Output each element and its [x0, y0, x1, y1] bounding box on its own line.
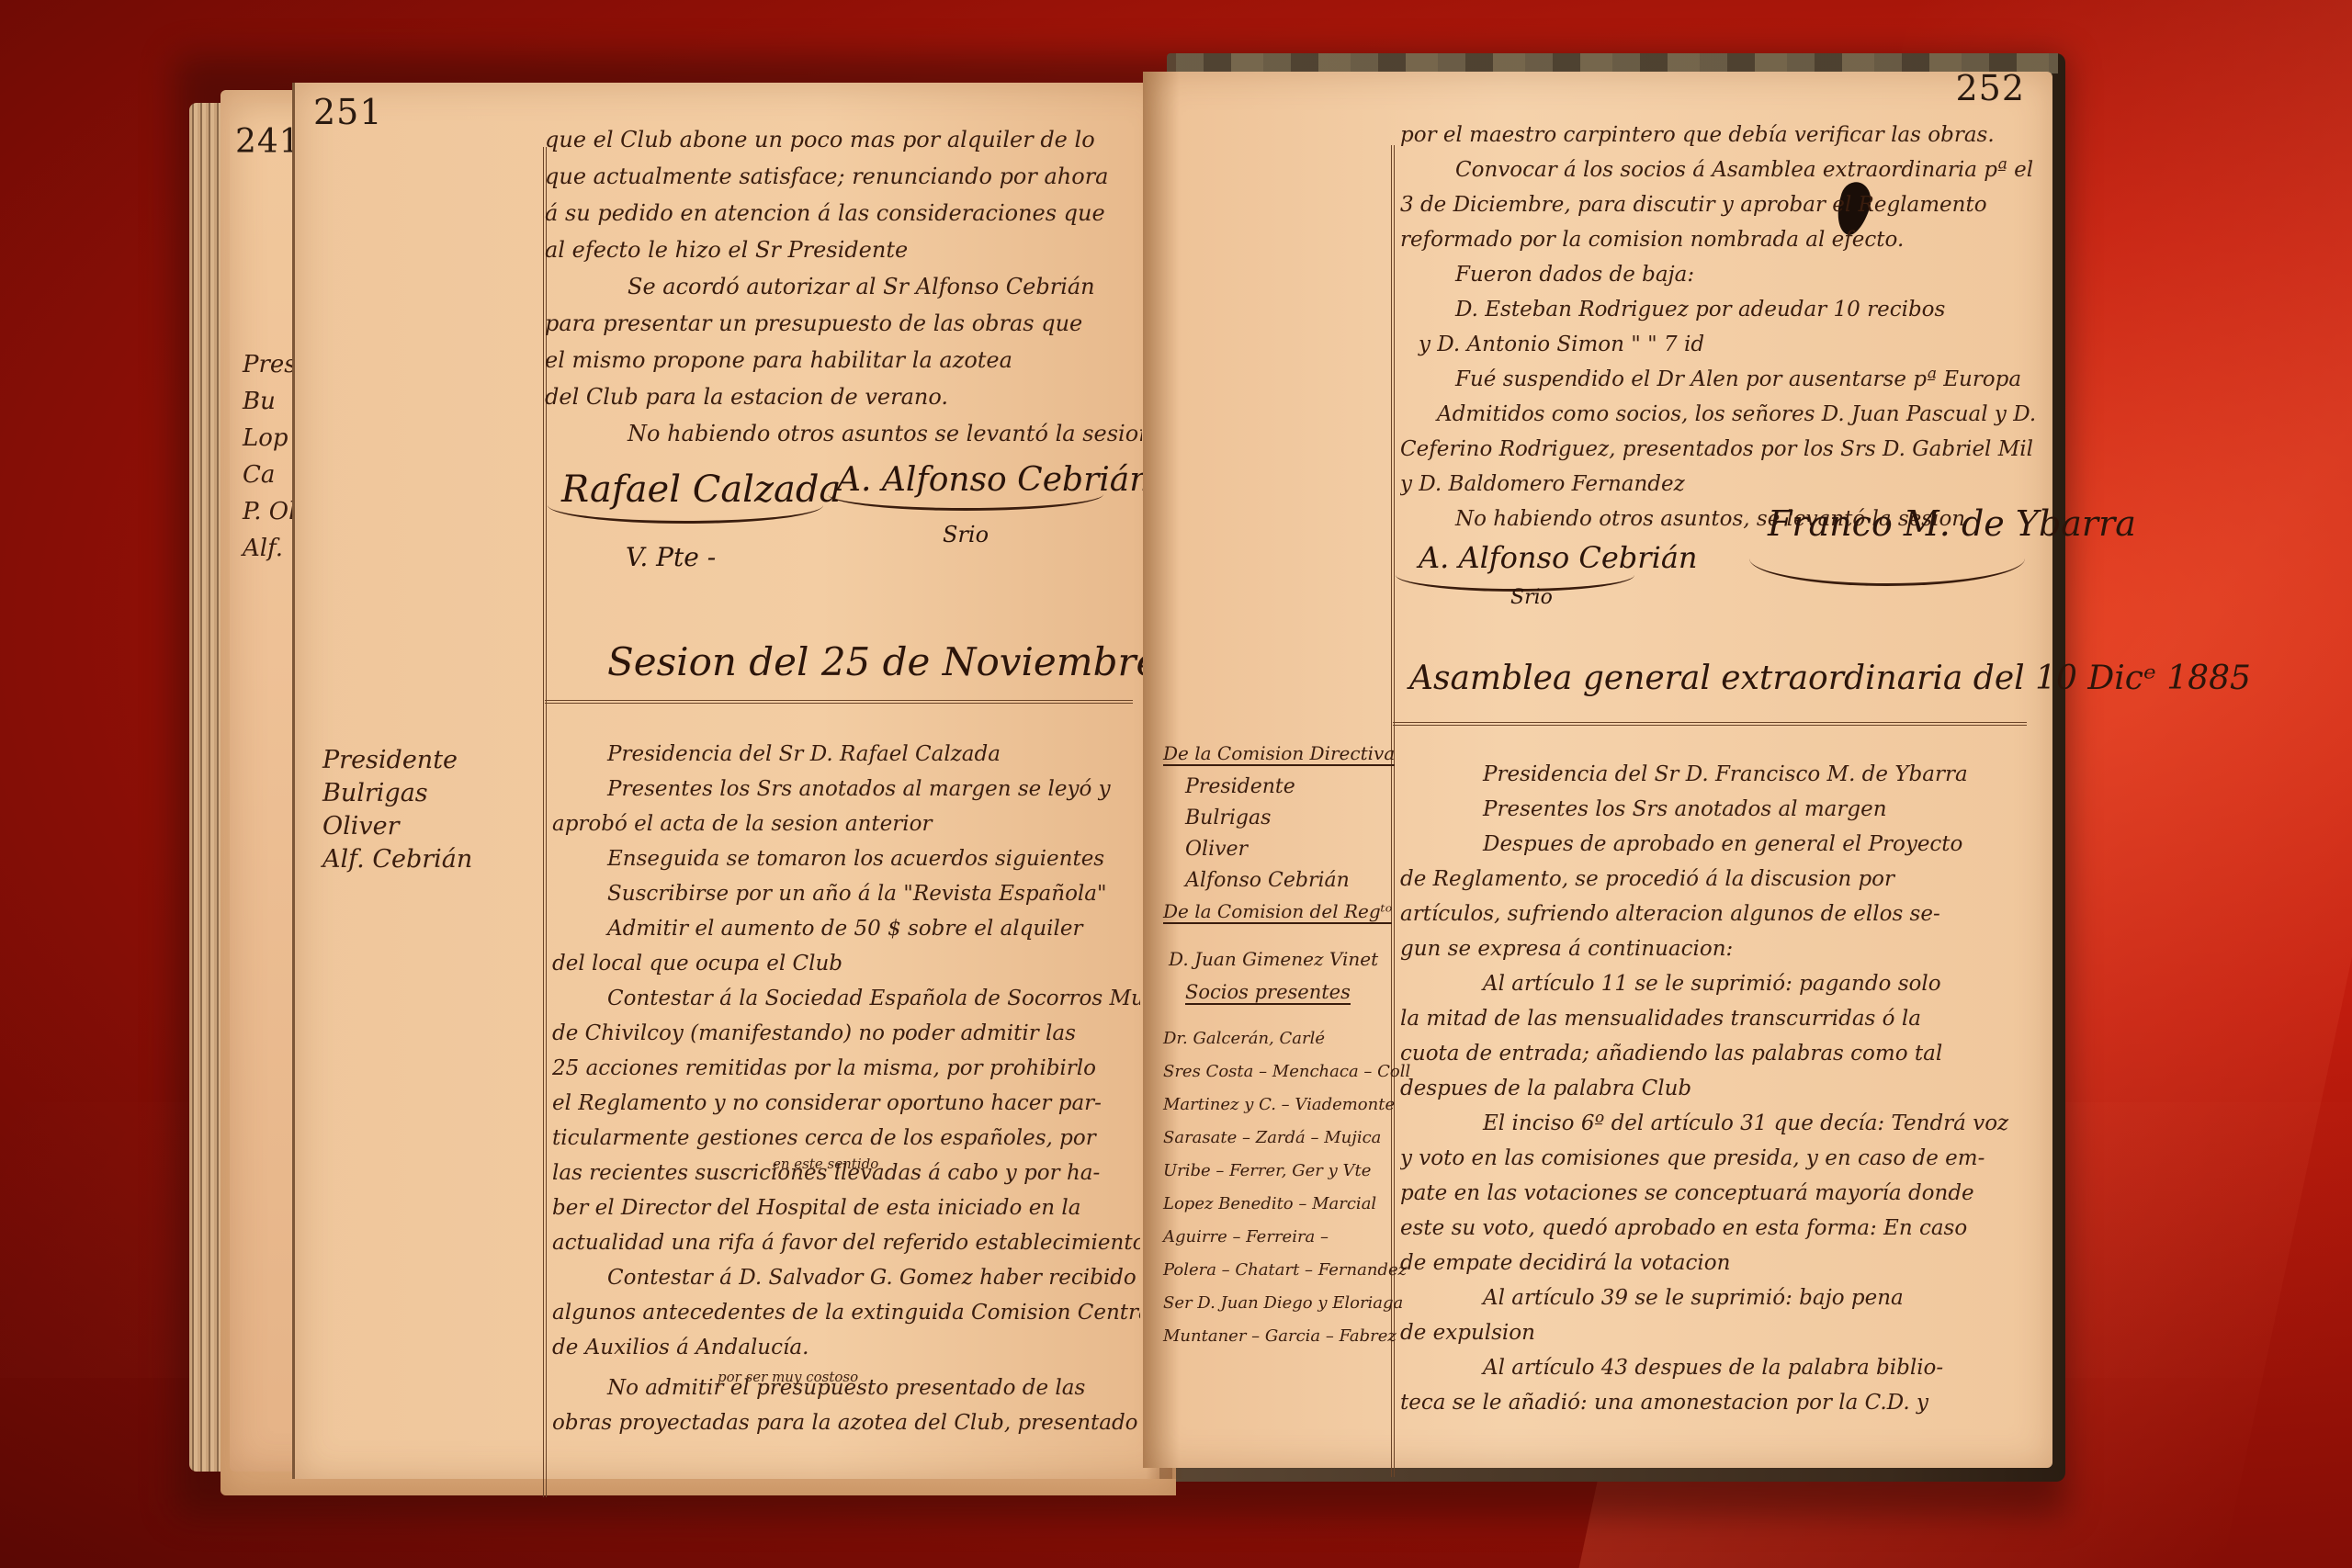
- text-line: Despues de aprobado en general el Proyec…: [1400, 832, 2034, 867]
- text-line: la mitad de las mensualidades transcurri…: [1400, 1007, 2034, 1042]
- text-line: Fué suspendido el Dr Alen por ausentarse…: [1400, 367, 2034, 402]
- text-line: reformado por la comision nombrada al ef…: [1400, 228, 2034, 263]
- text-line: que el Club abone un poco mas por alquil…: [545, 127, 1142, 164]
- page-number-241: 241: [235, 123, 301, 161]
- text-line: por el maestro carpintero que debía veri…: [1400, 123, 2034, 158]
- text-line: Admitir el aumento de 50 $ sobre el alqu…: [552, 917, 1140, 952]
- attendee-name: Bulrigas: [322, 779, 472, 812]
- signature-role: Srio: [943, 522, 989, 547]
- text-line: y D. Baldomero Fernandez: [1400, 472, 2034, 507]
- attendee-name: Dr. Galcerán, Carlé: [1163, 1029, 1388, 1062]
- attendee-name: Alf. Cebrián: [322, 845, 472, 878]
- text-line: No habiendo otros asuntos se levantó la …: [545, 421, 1142, 457]
- text-line: al efecto le hizo el Sr Presidente: [545, 237, 1142, 274]
- socios-heading: Socios presentes: [1185, 981, 1351, 1005]
- text-line: del local que ocupa el Club: [552, 952, 1140, 987]
- text-line: D. Esteban Rodriguez por adeudar 10 reci…: [1400, 298, 2034, 333]
- text-line: que actualmente satisface; renunciando p…: [545, 164, 1142, 200]
- reglamento-heading: De la Comision del Regᵗᵒ: [1163, 900, 1392, 924]
- text-line: para presentar un presupuesto de las obr…: [545, 310, 1142, 347]
- text-line: Ceferino Rodriguez, presentados por los …: [1400, 437, 2034, 472]
- text-line: Contestar á D. Salvador G. Gomez haber r…: [552, 1266, 1140, 1301]
- attendee-name: Presidente: [1163, 775, 1388, 807]
- attendee-name: Lopez Benedito – Marcial: [1163, 1194, 1388, 1227]
- attendee-name: Uribe – Ferrer, Ger y Vte: [1163, 1161, 1388, 1194]
- page-252: 252 por el maestro carpintero que debía …: [1143, 72, 2052, 1468]
- interlinear-note: por ser muy costoso: [718, 1371, 858, 1384]
- text-line: Al artículo 43 despues de la palabra bib…: [1400, 1356, 2034, 1391]
- text-line: Al artículo 39 se le suprimió: bajo pena: [1400, 1286, 2034, 1321]
- left-session-body: Presidencia del Sr D. Rafael Calzada Pre…: [552, 742, 1140, 1446]
- book-spine-edge: [1176, 53, 2058, 73]
- text-line: Al artículo 11 se le suprimió: pagando s…: [1400, 972, 2034, 1007]
- text-line: pate en las votaciones se conceptuará ma…: [1400, 1181, 2034, 1216]
- text-line: Convocar á los socios á Asamblea extraor…: [1400, 158, 2034, 193]
- attendee-name: Sres Costa – Menchaca – Coll: [1163, 1062, 1388, 1095]
- text-line: de empate decidirá la votacion: [1400, 1251, 2034, 1286]
- text-line: Suscribirse por un año á la "Revista Esp…: [552, 882, 1140, 917]
- text-line: de Reglamento, se procedió á la discusio…: [1400, 867, 2034, 902]
- text-line: teca se le añadió: una amonestacion por …: [1400, 1391, 2034, 1426]
- text-line: 3 de Diciembre, para discutir y aprobar …: [1400, 193, 2034, 228]
- attendee-margin-list: De la Comision Directiva Presidente Bulr…: [1163, 742, 1388, 1359]
- section-rule: [545, 700, 1133, 704]
- text-line: obras proyectadas para la azotea del Clu…: [552, 1411, 1140, 1446]
- text-line: cuota de entrada; añadiendo las palabras…: [1400, 1042, 2034, 1077]
- signature-flourish: [548, 487, 823, 524]
- text-line: Enseguida se tomaron los acuerdos siguie…: [552, 847, 1140, 882]
- attendee-name: Presidente: [322, 746, 472, 779]
- page-251: 251 que el Club abone un poco mas por al…: [292, 83, 1172, 1479]
- text-line: aprobó el acta de la sesion anterior: [552, 812, 1140, 847]
- left-continuation-text: que el Club abone un poco mas por alquil…: [545, 127, 1142, 457]
- text-line: algunos antecedentes de la extinguida Co…: [552, 1301, 1140, 1336]
- signature-flourish: [828, 478, 1103, 511]
- text-line: el Reglamento y no considerar oportuno h…: [552, 1091, 1140, 1126]
- text-line: Fueron dados de baja:: [1400, 263, 2034, 298]
- attendee-name: Martinez y C. – Viademonte: [1163, 1095, 1388, 1128]
- page-number-252: 252: [1955, 68, 2025, 108]
- attendee-name: Bulrigas: [1163, 807, 1388, 838]
- attendee-name: Muntaner – Garcia – Fabrez: [1163, 1326, 1388, 1359]
- attendee-name: Oliver: [322, 812, 472, 845]
- text-line: actualidad una rifa á favor del referido…: [552, 1231, 1140, 1266]
- directiva-heading: De la Comision Directiva: [1163, 742, 1395, 766]
- signature-role: Srio: [1510, 586, 1553, 609]
- text-line: y D. Antonio Simon " " 7 id: [1400, 333, 2034, 367]
- text-line: el mismo propone para habilitar la azote…: [545, 347, 1142, 384]
- attendee-name: Ser D. Juan Diego y Eloriaga: [1163, 1293, 1388, 1326]
- text-line: El inciso 6º del artículo 31 que decía: …: [1400, 1111, 2034, 1146]
- attendee-name: D. Juan Gimenez Vinet: [1163, 948, 1388, 981]
- text-line: Contestar á la Sociedad Española de Soco…: [552, 987, 1140, 1021]
- text-line: de Chivilcoy (manifestando) no poder adm…: [552, 1021, 1140, 1056]
- signature-flourish: [1749, 531, 2025, 586]
- page-number-251: 251: [313, 92, 383, 132]
- text-line: este su voto, quedó aprobado en esta for…: [1400, 1216, 2034, 1251]
- attendee-name: Oliver: [1163, 838, 1388, 869]
- section-rule: [1393, 722, 2027, 726]
- attendee-name: Alfonso Cebrián: [1163, 869, 1388, 900]
- attendee-name: Sarasate – Zardá – Mujica: [1163, 1128, 1388, 1161]
- text-line: Presentes los Srs anotados al margen: [1400, 797, 2034, 832]
- interlinear-note: en este sentido: [773, 1157, 878, 1171]
- text-line: ber el Director del Hospital de esta ini…: [552, 1196, 1140, 1231]
- session-heading: Asamblea general extraordinaria del 10 D…: [1409, 660, 2251, 697]
- text-line: á su pedido en atencion á las considerac…: [545, 200, 1142, 237]
- text-line: 25 acciones remitidas por la misma, por …: [552, 1056, 1140, 1091]
- text-line: Admitidos como socios, los señores D. Ju…: [1400, 402, 2034, 437]
- text-line: Presidencia del Sr D. Rafael Calzada: [552, 742, 1140, 777]
- text-line: Presentes los Srs anotados al margen se …: [552, 777, 1140, 812]
- attendee-name: Aguirre – Ferreira –: [1163, 1227, 1388, 1260]
- text-line: gun se expresa á continuacion:: [1400, 937, 2034, 972]
- text-line: de expulsion: [1400, 1321, 2034, 1356]
- text-line: del Club para la estacion de verano.: [545, 384, 1142, 421]
- text-line: y voto en las comisiones que presida, y …: [1400, 1146, 2034, 1181]
- right-session-body: Presidencia del Sr D. Francisco M. de Yb…: [1400, 762, 2034, 1426]
- right-continuation-text: por el maestro carpintero que debía veri…: [1400, 123, 2034, 542]
- text-line: despues de la palabra Club: [1400, 1077, 2034, 1111]
- attendee-name: Polera – Chatart – Fernandez: [1163, 1260, 1388, 1293]
- text-line: Presidencia del Sr D. Francisco M. de Yb…: [1400, 762, 2034, 797]
- attendee-margin-list: Presidente Bulrigas Oliver Alf. Cebrián: [322, 746, 472, 878]
- signature-role: V. Pte -: [626, 542, 716, 572]
- text-line: Se acordó autorizar al Sr Alfonso Cebriá…: [545, 274, 1142, 310]
- text-line: artículos, sufriendo alteracion algunos …: [1400, 902, 2034, 937]
